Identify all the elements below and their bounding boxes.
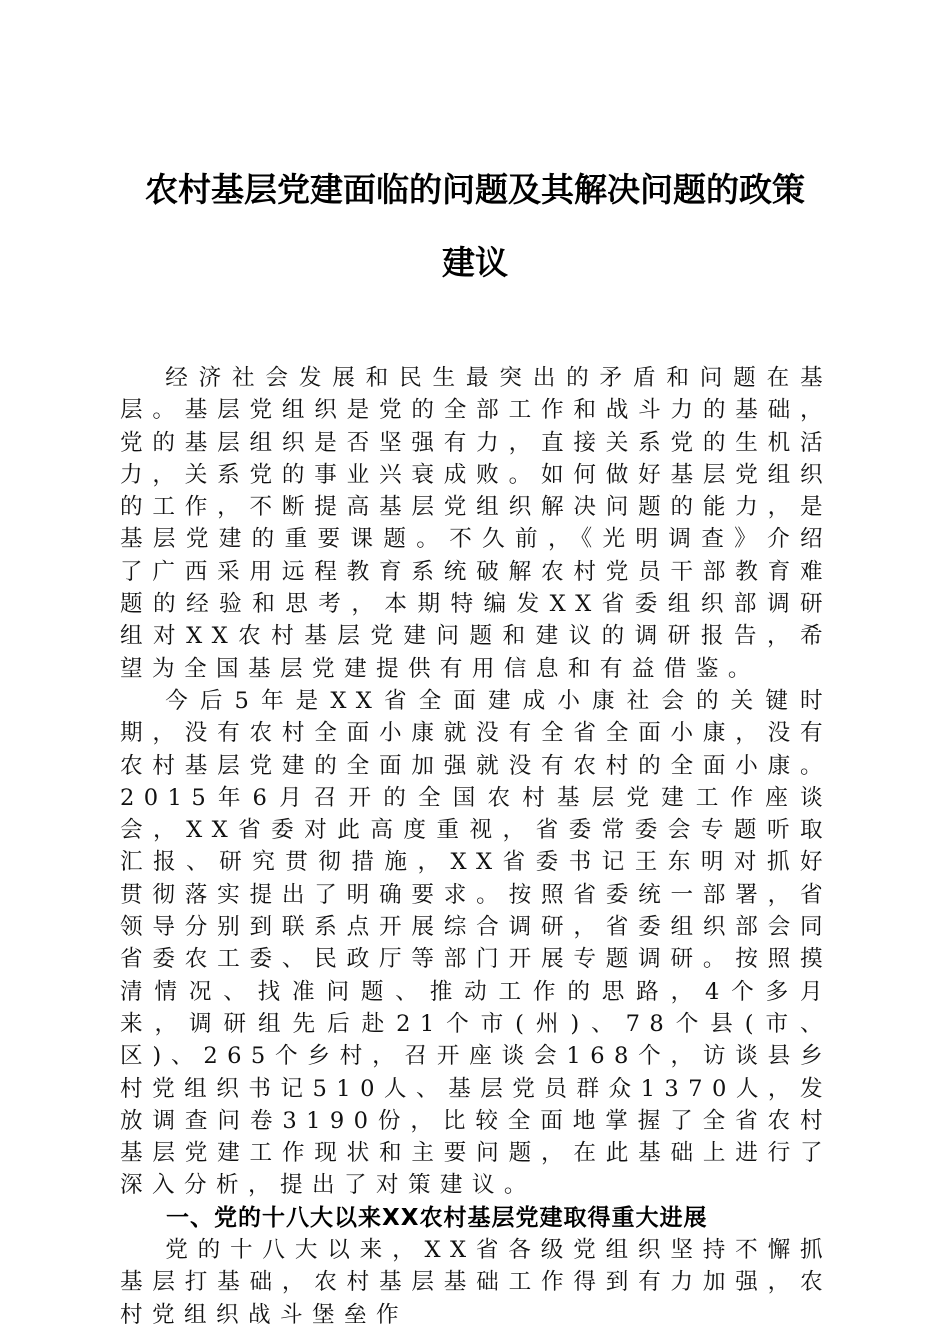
- document-title-line-1: 农村基层党建面临的问题及其解决问题的政策: [110, 173, 840, 206]
- background-paragraph: 今后5年是XX省全面建成小康社会的关键时期，没有农村全面小康就没有全省全面小康，…: [120, 685, 832, 1202]
- section-heading: 一、党的十八大以来XX农村基层党建取得重大进展: [120, 1202, 832, 1234]
- document-title-line-2: 建议: [110, 246, 840, 279]
- document-body: 经济社会发展和民生最突出的矛盾和问题在基层。基层党组织是党的全部工作和战斗力的基…: [120, 362, 832, 1331]
- intro-paragraph: 经济社会发展和民生最突出的矛盾和问题在基层。基层党组织是党的全部工作和战斗力的基…: [120, 362, 832, 685]
- document-page: 农村基层党建面临的问题及其解决问题的政策 建议 经济社会发展和民生最突出的矛盾和…: [0, 0, 950, 1344]
- section-paragraph: 党的十八大以来，XX省各级党组织坚持不懈抓基层打基础，农村基层基础工作得到有力加…: [120, 1234, 832, 1331]
